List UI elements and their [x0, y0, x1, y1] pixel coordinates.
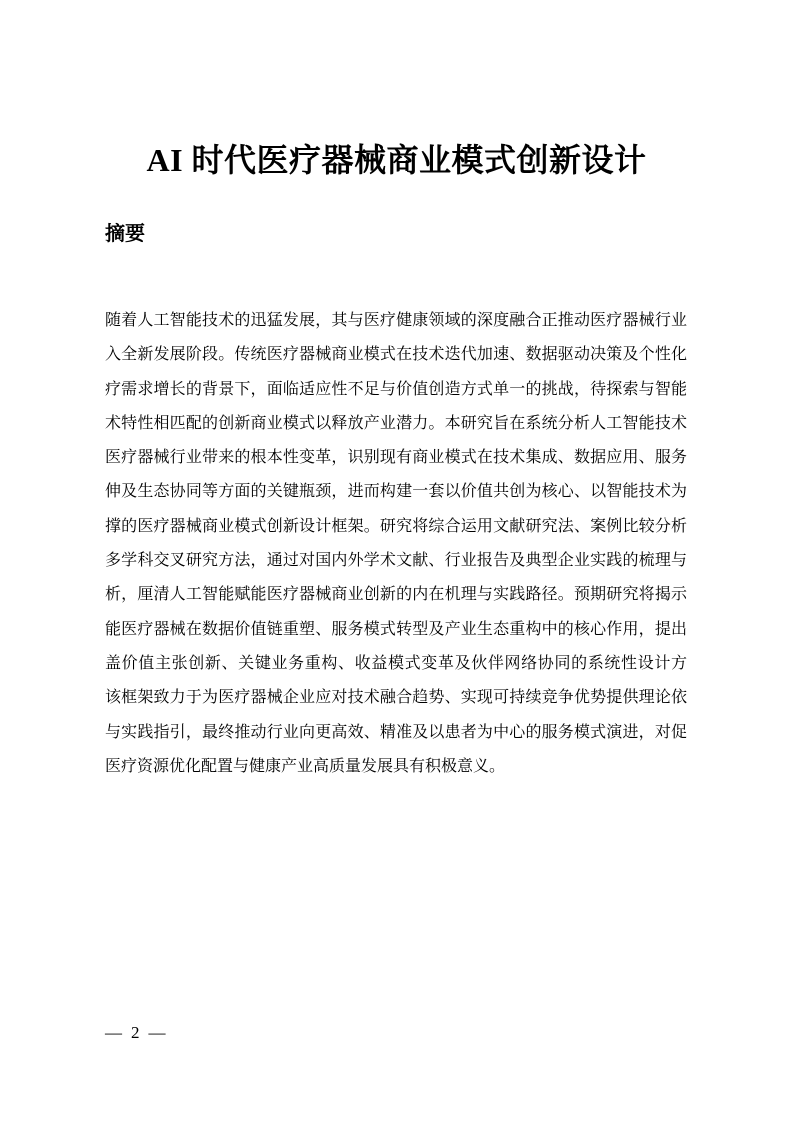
abstract-line: 该框架致力于为医疗器械企业应对技术融合趋势、实现可持续竞争优势提供理论依据: [105, 681, 687, 715]
page-number-dash-right: —: [149, 1022, 166, 1044]
abstract-line: 伸及生态协同等方面的关键瓶颈，进而构建一套以价值共创为核心、以智能技术为支: [105, 475, 687, 509]
abstract-line: 撑的医疗器械商业模式创新设计框架。研究将综合运用文献研究法、案例比较分析与: [105, 510, 687, 544]
abstract-line: 入全新发展阶段。传统医疗器械商业模式在技术迭代加速、数据驱动决策及个性化医: [105, 338, 687, 372]
abstract-line: 医疗器械行业带来的根本性变革，识别现有商业模式在技术集成、数据应用、服务延: [105, 441, 687, 475]
abstract-line: 医疗资源优化配置与健康产业高质量发展具有积极意义。: [105, 750, 687, 784]
abstract-line: 术特性相匹配的创新商业模式以释放产业潜力。本研究旨在系统分析人工智能技术为: [105, 407, 687, 441]
abstract-line: 与实践指引，最终推动行业向更高效、精准及以患者为中心的服务模式演进，对促进: [105, 716, 687, 750]
abstract-paragraph: 随着人工智能技术的迅猛发展，其与医疗健康领域的深度融合正推动医疗器械行业进入全新…: [105, 304, 687, 784]
abstract-line: 随着人工智能技术的迅猛发展，其与医疗健康领域的深度融合正推动医疗器械行业进: [105, 304, 687, 338]
page-number-dash-left: —: [105, 1022, 122, 1044]
abstract-line: 盖价值主张创新、关键业务重构、收益模式变革及伙伴网络协同的系统性设计方案。: [105, 647, 687, 681]
abstract-line: 析，厘清人工智能赋能医疗器械商业创新的内在机理与实践路径。预期研究将揭示智: [105, 578, 687, 612]
abstract-heading: 摘要: [105, 221, 145, 247]
document-title: AI 时代医疗器械商业模式创新设计: [0, 142, 793, 179]
abstract-line: 能医疗器械在数据价值链重塑、服务模式转型及产业生态重构中的核心作用，提出涵: [105, 613, 687, 647]
page-number: —2—: [105, 1022, 166, 1044]
abstract-line: 多学科交叉研究方法，通过对国内外学术文献、行业报告及典型企业实践的梳理与剖: [105, 544, 687, 578]
document-page: AI 时代医疗器械商业模式创新设计 摘要 随着人工智能技术的迅猛发展，其与医疗健…: [0, 0, 793, 1122]
page-number-value: 2: [131, 1022, 140, 1044]
abstract-line: 疗需求增长的背景下，面临适应性不足与价值创造方式单一的挑战，待探索与智能技: [105, 373, 687, 407]
